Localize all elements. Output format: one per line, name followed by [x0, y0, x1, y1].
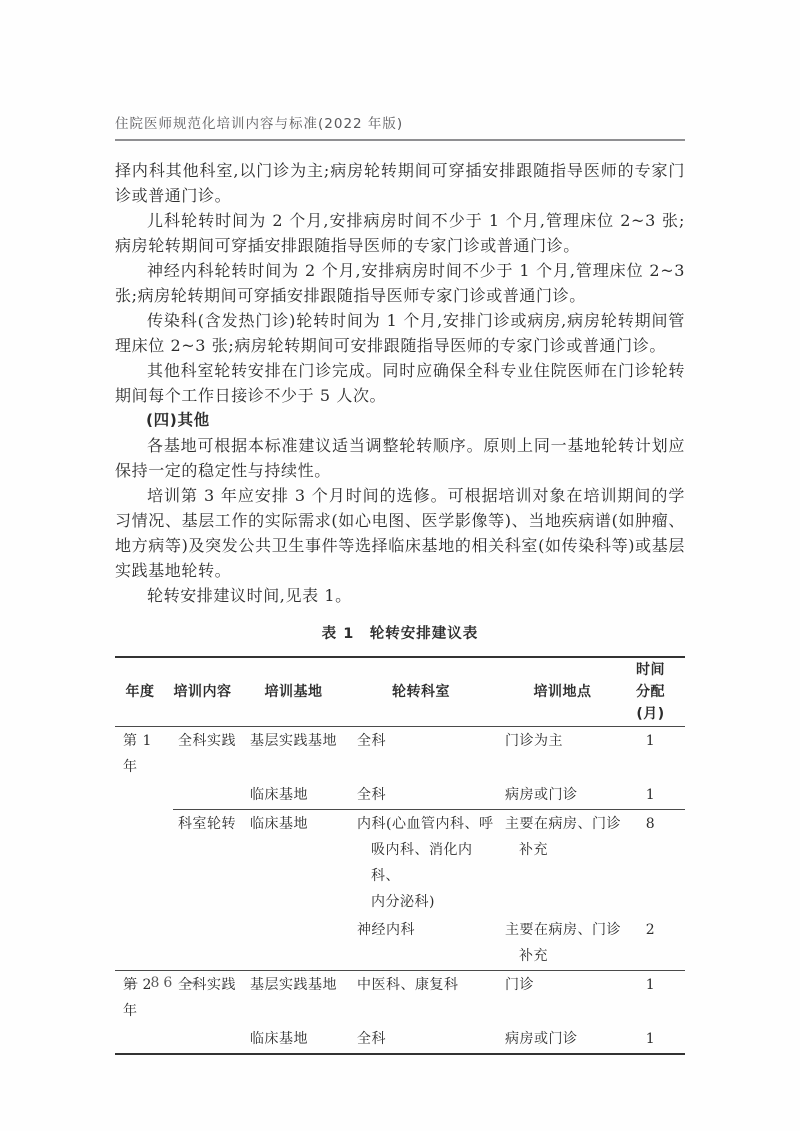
table-cell: [240, 916, 347, 918]
table-cell: 1: [630, 781, 685, 809]
table-cell: 门诊: [495, 971, 630, 999]
table-cell: [165, 1025, 240, 1027]
paragraph: 儿科轮转时间为 2 个月,安排病房时间不少于 1 个月,管理床位 2~3 张;病…: [115, 208, 685, 258]
table-cell: [115, 781, 165, 783]
body-text: 择内科其他科室,以门诊为主;病房轮转期间可穿插安排跟随指导医师的专家门诊或普通门…: [115, 158, 685, 608]
paragraph: 择内科其他科室,以门诊为主;病房轮转期间可穿插安排跟随指导医师的专家门诊或普通门…: [115, 158, 685, 208]
table-row: 临床基地 全科 病房或门诊 1: [115, 781, 685, 809]
paragraph: 各基地可根据本标准建议适当调整轮转顺序。原则上同一基地轮转计划应保持一定的稳定性…: [115, 433, 685, 483]
table-cell: [165, 781, 240, 783]
table-cell: 1: [630, 971, 685, 999]
table-cell: [115, 1025, 165, 1027]
header-rule: [115, 139, 685, 141]
table-cell: 临床基地: [240, 810, 347, 838]
table-cell: 全科: [347, 1025, 495, 1053]
table-cell: 内科(心血管内科、呼 吸内科、消化内科、 内分泌科): [347, 810, 495, 916]
table-cell: 临床基地: [240, 781, 347, 809]
table-cell: 门诊为主: [495, 727, 630, 755]
table-cell: 临床基地: [240, 1025, 347, 1053]
table-cell: 2: [630, 916, 685, 944]
document-page: 住院医师规范化培训内容与标准(2022 年版) 择内科其他科室,以门诊为主;病房…: [0, 0, 800, 1131]
table-header-cell: 时间 分配 (月): [630, 659, 685, 725]
table-cell: [115, 916, 165, 918]
table-header-cell: 培训地点: [495, 681, 630, 703]
table-cell: 科室轮转: [165, 810, 240, 838]
table-header-cell: 培训内容: [165, 681, 240, 703]
table-header-cell: 轮转科室: [347, 681, 495, 703]
table-cell: 1: [630, 727, 685, 755]
table-header-cell: 培训基地: [240, 681, 347, 703]
paragraph: 其他科室轮转安排在门诊完成。同时应确保全科专业住院医师在门诊轮转期间每个工作日接…: [115, 358, 685, 408]
table-row: 神经内科 主要在病房、门诊 补充 2: [115, 916, 685, 970]
paragraph: 神经内科轮转时间为 2 个月,安排病房时间不少于 1 个月,管理床位 2~3 张…: [115, 258, 685, 308]
running-head: 住院医师规范化培训内容与标准(2022 年版): [115, 0, 685, 132]
table-cell: 全科实践: [165, 727, 240, 755]
table-bottom-rule: [115, 1053, 685, 1055]
paragraph: 传染科(含发热门诊)轮转时间为 1 个月,安排门诊或病房,病房轮转期间管理床位 …: [115, 308, 685, 358]
table-cell: 主要在病房、门诊 补充: [495, 916, 630, 970]
table-title: 表 1 轮转安排建议表: [115, 622, 685, 643]
table-cell: 中医科、康复科: [347, 971, 495, 999]
table-cell: 病房或门诊: [495, 781, 630, 809]
table-row: 第 1 年 全科实践 基层实践基地 全科 门诊为主 1: [115, 727, 685, 781]
table-row: 科室轮转 临床基地 内科(心血管内科、呼 吸内科、消化内科、 内分泌科) 主要在…: [115, 810, 685, 916]
table-cell: 病房或门诊: [495, 1025, 630, 1053]
table-cell: 基层实践基地: [240, 971, 347, 999]
paragraph: 培训第 3 年应安排 3 个月时间的选修。可根据培训对象在培训期间的学习情况、基…: [115, 483, 685, 583]
table-cell: 基层实践基地: [240, 727, 347, 755]
table-cell: 第 1 年: [115, 727, 165, 781]
table-header-row: 年度 培训内容 培训基地 轮转科室 培训地点 时间 分配 (月): [115, 658, 685, 726]
table-cell: 全科: [347, 727, 495, 755]
paragraph: 轮转安排建议时间,见表 1。: [115, 583, 685, 608]
section-heading: (四)其他: [115, 408, 685, 433]
table-cell: 主要在病房、门诊 补充: [495, 810, 630, 864]
table-cell: 全科: [347, 781, 495, 809]
table-row: 临床基地 全科 病房或门诊 1: [115, 1025, 685, 1053]
table-cell: 8: [630, 810, 685, 838]
table-cell: 神经内科: [347, 916, 495, 944]
table-cell: [165, 916, 240, 918]
page-number: — 86 —: [124, 975, 203, 991]
rotation-schedule-table: 年度 培训内容 培训基地 轮转科室 培训地点 时间 分配 (月) 第 1 年 全…: [115, 656, 685, 1055]
table-header-cell: 年度: [115, 681, 165, 703]
table-cell: 1: [630, 1025, 685, 1053]
table-cell: [115, 810, 165, 812]
